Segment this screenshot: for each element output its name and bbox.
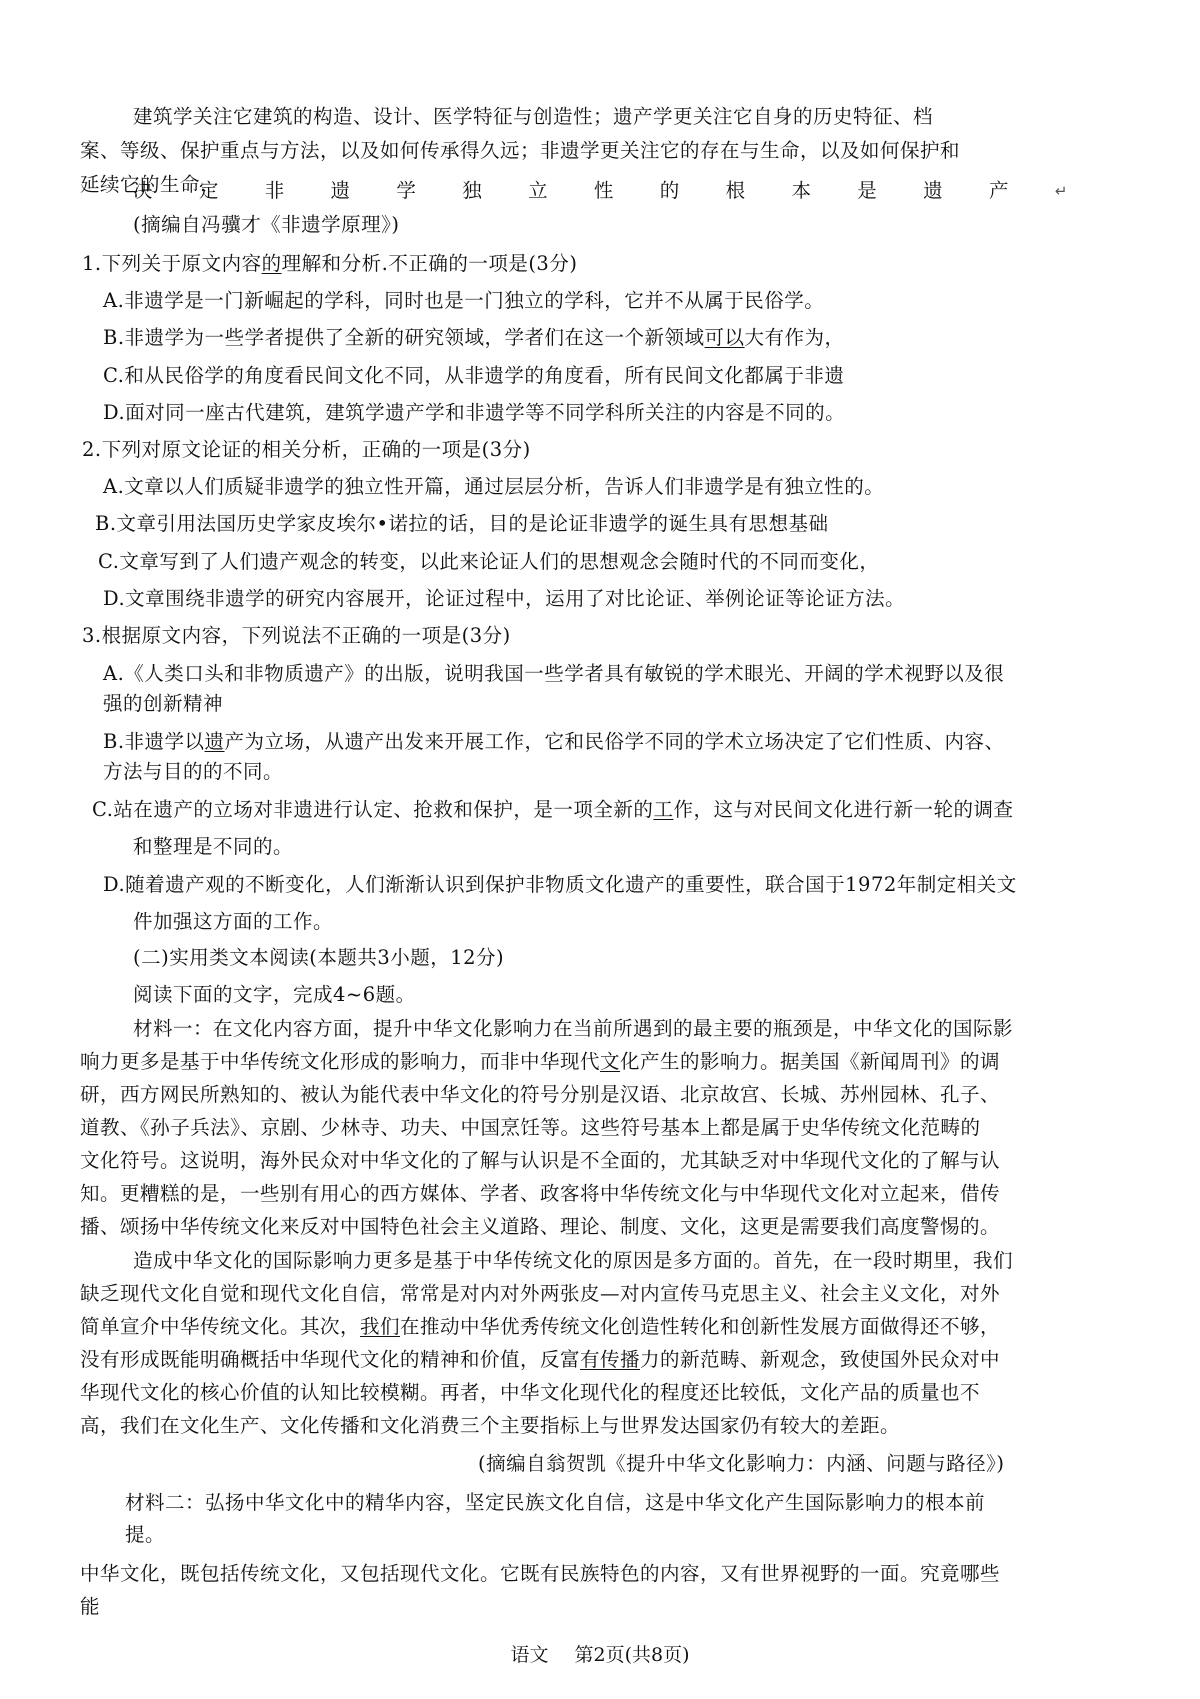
paragraph-line: 没有形成既能明确概括中华现代文化的精神和价值，反富有传播力的新范畴、新观念，致使… (80, 1347, 1000, 1373)
option-b: B.文章引用法国历史学家皮埃尔•诺拉的话，目的是论证非遗学的诞生具有思想基础 (95, 511, 829, 537)
footer-page-number: 第2页(共8页) (575, 1644, 690, 1666)
spread-char: 根 (726, 178, 746, 204)
spread-char: 立 (528, 178, 548, 204)
spread-char: 产 (989, 178, 1009, 204)
paragraph-line: 高，我们在文化生产、文化传播和文化消费三个主要指标上与世界发达国家仍有较大的差距… (80, 1413, 900, 1439)
option-a-line2: 强的创新精神 (103, 691, 223, 717)
paragraph-line: 响力更多是基于中华传统文化形成的影响力，而非中华现代文化产生的影响力。据美国《新… (80, 1049, 1000, 1075)
paragraph-line: 案、等级、保护重点与方法，以及如何传承得久远；非遗学更关注它的存在与生命，以及如… (80, 138, 960, 164)
option-c: C.文章写到了人们遗产观念的转变，以此来论证人们的思想观念会随时代的不同而变化， (98, 549, 879, 575)
paragraph-line: 建筑学关注它建筑的构造、设计、医学特征与创造性；遗产学更关注它自身的历史特征、档 (133, 104, 933, 130)
paragraph-line: 简单宣介中华传统文化。其次，我们在推动中华优秀传统文化创造性转化和创新性发展方面… (80, 1314, 1000, 1340)
question-stem: 2.下列对原文论证的相关分析，正确的一项是(3分) (82, 437, 531, 463)
paragraph-line: 知。更糟糕的是，一些别有用心的西方媒体、学者、政客将中华传统文化与中华现代文化对… (80, 1181, 1000, 1207)
spread-char: 是 (857, 178, 877, 204)
paragraph-line: 提。 (125, 1522, 165, 1548)
option-d: D.文章围绕非遗学的研究内容展开，论证过程中，运用了对比论证、举例论证等论证方法… (103, 586, 905, 612)
paragraph-line: 造成中华文化的国际影响力更多是基于中华传统文化的原因是多方面的。首先，在一段时期… (133, 1248, 1013, 1274)
option-d-line2: 件加强这方面的工作。 (133, 909, 333, 935)
paragraph-line: 材料二：弘扬中华文化中的精华内容，坚定民族文化自信，这是中华文化产生国际影响力的… (125, 1490, 985, 1516)
paragraph-line: 文化符号。这说明，海外民众对中华文化的了解与认识是不全面的，尤其缺乏对中华现代文… (80, 1148, 1000, 1174)
spread-char: 遗 (923, 178, 943, 204)
instruction: 阅读下面的文字，完成4~6题。 (133, 982, 416, 1008)
return-mark-icon: ↵ (1055, 178, 1068, 204)
paragraph-line: 华现代文化的核心价值的认知比较模糊。再者，中华文化现代化的程度还比较低，文化产品… (80, 1380, 980, 1406)
paragraph-line: 研，西方网民所熟知的、被认为能代表中华文化的符号分别是汉语、北京故宫、长城、苏州… (80, 1082, 1000, 1108)
spread-char: 的 (660, 178, 680, 204)
paragraph-line: 缺乏现代文化自觉和现代文化自信，常常是对内对外两张皮—对内宣传马克思主义、社会主… (80, 1281, 1000, 1307)
spread-char: 本 (791, 178, 811, 204)
option-b-line2: 方法与目的的不同。 (103, 759, 283, 785)
paragraph-line: 播、颂扬中华传统文化来反对中国特色社会主义道路、理论、制度、文化，这更是需要我们… (80, 1214, 1000, 1240)
question-stem: 3.根据原文内容，下列说法不正确的一项是(3分) (82, 623, 511, 649)
source-citation: (摘编自翁贺凯《提升中华文化影响力：内涵、问题与路径》) (478, 1451, 1004, 1477)
spread-char: 非 (265, 178, 285, 204)
spread-char: 遗 (331, 178, 351, 204)
spread-char: 性 (594, 178, 614, 204)
footer-subject: 语文 (510, 1644, 548, 1666)
spread-char: 学 (396, 178, 416, 204)
spread-char: 独 (462, 178, 482, 204)
option-b-line1: B.非遗学以遗产为立场，从遗产出发来开展工作，它和民俗学不同的学术立场决定了它们… (103, 729, 1005, 755)
paragraph-line: 道教、《孙子兵法》、京剧、少林寺、功夫、中国烹饪等。这些符号基本上都是属于史华传… (80, 1115, 981, 1141)
source-citation: (摘编自冯骥才《非遗学原理》) (133, 212, 399, 238)
option-d: D.面对同一座古代建筑，建筑学遗产学和非遗学等不同学科所关注的内容是不同的。 (103, 400, 845, 426)
section-heading: (二)实用类文本阅读(本题共3小题，12分) (133, 945, 504, 971)
option-c-line1: C.站在遗产的立场对非遗进行认定、抢救和保护，是一项全新的工作，这与对民间文化进… (92, 797, 1013, 823)
paragraph-line: 材料一：在文化内容方面，提升中华文化影响力在当前所遇到的最主要的瓶颈是，中华文化… (133, 1016, 1013, 1042)
option-b: B.非遗学为一些学者提供了全新的研究领域，学者们在这一个新领域可以大有作为， (103, 325, 845, 351)
option-a: A.非遗学是一门新崛起的学科，同时也是一门独立的学科，它并不从属于民俗学。 (103, 288, 824, 314)
option-d-line1: D.随着遗产观的不断变化，人们渐渐认识到保护非物质文化遗产的重要性，联合国于19… (103, 872, 1017, 898)
question-stem: 1.下列关于原文内容的理解和分析.不正确的一项是(3分) (82, 251, 577, 277)
spread-title: 决定非遗学独立性的根本是遗产↵ (133, 178, 1068, 204)
option-a: A.文章以人们质疑非遗学的独立性开篇，通过层层分析，告诉人们非遗学是有独立性的。 (103, 474, 884, 500)
spread-char: 决 (133, 178, 153, 204)
option-a-line1: A.《人类口头和非物质遗产》的出版，说明我国一些学者具有敏锐的学术眼光、开阔的学… (103, 661, 1004, 687)
option-c-line2: 和整理是不同的。 (133, 834, 293, 860)
option-c: C.和从民俗学的角度看民间文化不同，从非遗学的角度看，所有民间文化都属于非遗 (103, 363, 844, 389)
paragraph-line: 能 (80, 1594, 100, 1620)
paragraph-line: 中华文化，既包括传统文化，又包括现代文化。它既有民族特色的内容，又有世界视野的一… (80, 1561, 1000, 1587)
spread-char: 定 (199, 178, 219, 204)
page-footer: 语文 第2页(共8页) (0, 1640, 1200, 1667)
